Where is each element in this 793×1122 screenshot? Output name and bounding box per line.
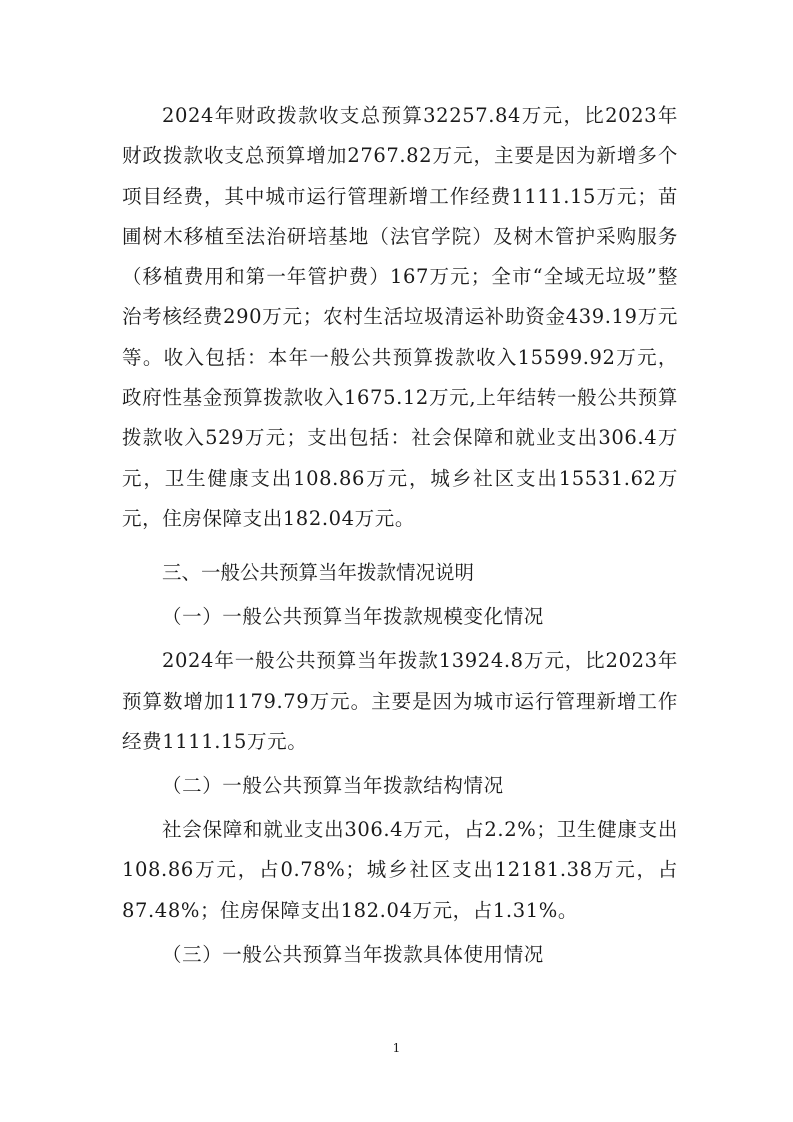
subheading-specific-use: （三）一般公共预算当年拨款具体使用情况 [162,935,678,975]
document-page: 2024年财政拨款收支总预算32257.84万元，比2023年财政拨款收支总预算… [122,96,678,979]
paragraph-budget-overview: 2024年财政拨款收支总预算32257.84万元，比2023年财政拨款收支总预算… [122,96,678,539]
paragraph-scale-change: 2024年一般公共预算当年拨款13924.8万元，比2023年预算数增加1179… [122,641,678,762]
page-number: 1 [0,1041,793,1055]
section-heading-3: 三、一般公共预算当年拨款情况说明 [162,553,678,593]
paragraph-structure: 社会保障和就业支出306.4万元，占2.2%；卫生健康支出108.86万元，占0… [122,810,678,931]
subheading-structure: （二）一般公共预算当年拨款结构情况 [162,766,678,806]
subheading-scale-change: （一）一般公共预算当年拨款规模变化情况 [162,597,678,637]
